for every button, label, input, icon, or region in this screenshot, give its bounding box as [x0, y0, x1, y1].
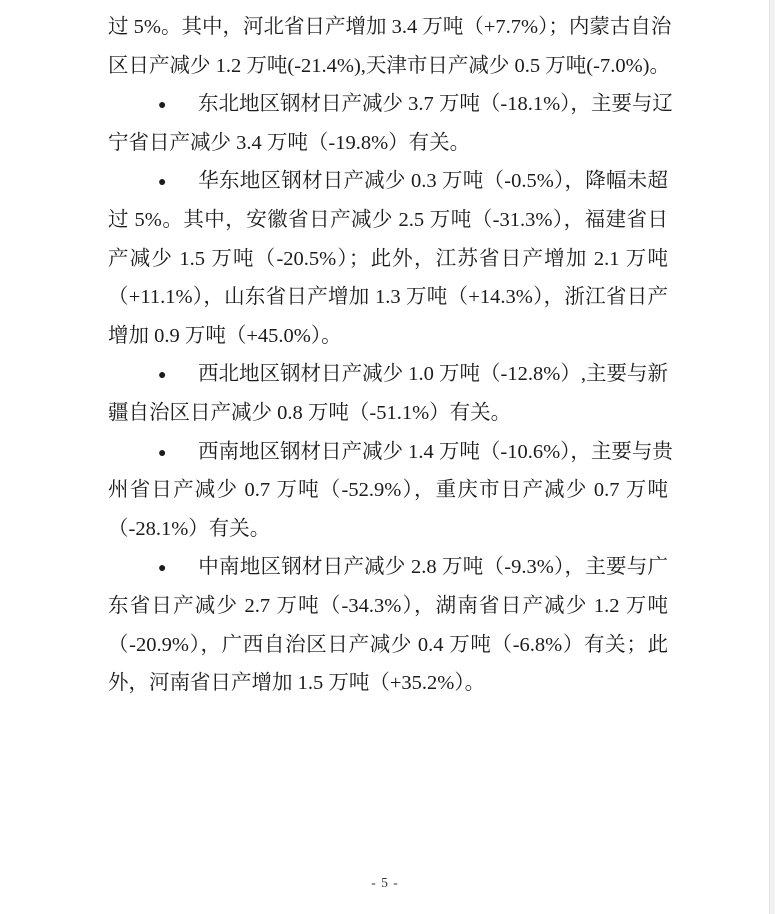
page-number: - 5 - [371, 875, 399, 890]
text-line: ●西北地区钢材日产减少 1.0 万吨（-12.8%）,主要与新 [108, 355, 668, 394]
text-line: 疆自治区日产减少 0.8 万吨（-51.1%）有关。 [108, 394, 668, 433]
page-footer: - 5 - [0, 875, 770, 891]
text-line: 过 5%。其中，河北省日产增加 3.4 万吨（+7.7%）；内蒙古自治 [108, 8, 668, 47]
text-line: 州省日产减少 0.7 万吨（-52.9%），重庆市日产减少 0.7 万吨 [108, 471, 668, 510]
bullet-paragraph: ●西北地区钢材日产减少 1.0 万吨（-12.8%）,主要与新疆自治区日产减少 … [108, 355, 668, 432]
bullet-icon: ● [158, 357, 198, 396]
bullet-paragraph: ●华东地区钢材日产减少 0.3 万吨（-0.5%），降幅未超过 5%。其中，安徽… [108, 162, 668, 355]
text-line: 东省日产减少 2.7 万吨（-34.3%），湖南省日产减少 1.2 万吨 [108, 587, 668, 626]
text-line: 增加 0.9 万吨（+45.0%）。 [108, 317, 668, 356]
bullet-paragraph: ●西南地区钢材日产减少 1.4 万吨（-10.6%），主要与贵州省日产减少 0.… [108, 433, 668, 549]
text-line: 区日产减少 1.2 万吨(-21.4%),天津市日产减少 0.5 万吨(-7.0… [108, 47, 668, 86]
bullet-paragraph: ●中南地区钢材日产减少 2.8 万吨（-9.3%），主要与广东省日产减少 2.7… [108, 548, 668, 702]
text-line: （-20.9%），广西自治区日产减少 0.4 万吨（-6.8%）有关；此 [108, 626, 668, 665]
bullet-icon: ● [158, 164, 198, 203]
document-page: 过 5%。其中，河北省日产增加 3.4 万吨（+7.7%）；内蒙古自治区日产减少… [0, 0, 770, 914]
bullet-icon: ● [158, 87, 198, 126]
bullet-icon: ● [158, 550, 198, 589]
document-text-block: 过 5%。其中，河北省日产增加 3.4 万吨（+7.7%）；内蒙古自治区日产减少… [108, 8, 668, 703]
text-line: ●华东地区钢材日产减少 0.3 万吨（-0.5%），降幅未超 [108, 162, 668, 201]
text-line: （-28.1%）有关。 [108, 510, 668, 549]
text-line: 过 5%。其中，安徽省日产减少 2.5 万吨（-31.3%），福建省日 [108, 201, 668, 240]
scrollbar-track[interactable] [769, 0, 775, 914]
text-line: 外，河南省日产增加 1.5 万吨（+35.2%）。 [108, 664, 668, 703]
text-line: ●西南地区钢材日产减少 1.4 万吨（-10.6%），主要与贵 [108, 433, 668, 472]
bullet-icon: ● [158, 435, 198, 474]
text-line: ●东北地区钢材日产减少 3.7 万吨（-18.1%），主要与辽 [108, 85, 668, 124]
text-line: 产减少 1.5 万吨（-20.5%）；此外，江苏省日产增加 2.1 万吨 [108, 240, 668, 279]
bullet-paragraph: ●东北地区钢材日产减少 3.7 万吨（-18.1%），主要与辽宁省日产减少 3.… [108, 85, 668, 162]
text-line: ●中南地区钢材日产减少 2.8 万吨（-9.3%），主要与广 [108, 548, 668, 587]
text-line: （+11.1%），山东省日产增加 1.3 万吨（+14.3%），浙江省日产 [108, 278, 668, 317]
text-line: 宁省日产减少 3.4 万吨（-19.8%）有关。 [108, 124, 668, 163]
paragraph: 过 5%。其中，河北省日产增加 3.4 万吨（+7.7%）；内蒙古自治区日产减少… [108, 8, 668, 85]
